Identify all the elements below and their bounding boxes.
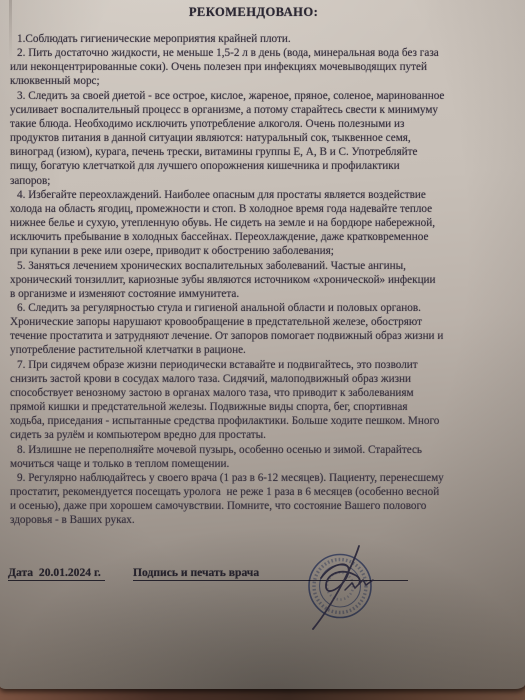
text-line: 9. Регулярно наблюдайтесь у своего врача… [10, 471, 521, 485]
text-line: продуктов питания в данной ситуации явля… [10, 131, 521, 145]
recommendation-item: 4. Избегайте переохлаждений. Наиболее оп… [10, 188, 521, 259]
text-line: 3. Следить за своей диетой - все острое,… [10, 89, 521, 103]
text-line: течение простатита и затрудняют лечение.… [10, 329, 521, 343]
text-line: сидеть за рулём и компьютером вредно для… [10, 428, 521, 442]
text-line: 2. Пить достаточно жидкости, не меньше 1… [10, 46, 521, 60]
text-line: 6. Следить за регулярностью стула и гиги… [10, 301, 521, 315]
text-line: 5. Заняться лечением хронических воспали… [10, 259, 521, 273]
text-line: ходьба, приседания - испытанные средства… [10, 414, 521, 428]
doctor-stamp-area [300, 545, 384, 631]
text-line: хронический тонзиллит, кариозные зубы яв… [10, 273, 521, 287]
text-line: при купании в реке или озере, приводит к… [10, 244, 521, 258]
text-line: здоровья - в Ваших руках. [10, 513, 521, 527]
text-line: 4. Избегайте переохлаждений. Наиболее оп… [10, 188, 521, 202]
text-line: 7. При сидячем образе жизни периодически… [10, 358, 521, 372]
recommendation-item: 3. Следить за своей диетой - все острое,… [10, 89, 521, 188]
recommendations-list: 1.Соблюдать гигиенические мероприятия кр… [10, 32, 521, 527]
recommendation-item: 7. При сидячем образе жизни периодически… [10, 358, 521, 443]
text-line: или неконцентрированные соки). Очень пол… [10, 60, 521, 74]
handwritten-signature [300, 545, 384, 631]
paper-sheet: РЕКОМЕНДОВАНО: 1.Соблюдать гигиенические… [0, 0, 525, 689]
text-line: холода на область ягодиц, промежности и … [10, 202, 521, 216]
photo-of-document: РЕКОМЕНДОВАНО: 1.Соблюдать гигиенические… [0, 0, 525, 700]
text-line: способствует венозному застою в органах … [10, 386, 521, 400]
text-line: употребление растительной клетчатки в ра… [10, 343, 521, 357]
text-line: нижнее белье и сухую, утепленную обувь. … [10, 216, 521, 230]
text-line: усиливает воспалительный процесс в орган… [10, 103, 521, 117]
recommendation-item: 9. Регулярно наблюдайтесь у своего врача… [10, 471, 521, 528]
text-line: 1.Соблюдать гигиенические мероприятия кр… [10, 32, 521, 46]
recommendation-item: 2. Пить достаточно жидкости, не меньше 1… [10, 46, 521, 88]
recommendation-item: 8. Излишне не переполняйте мочевой пузыр… [10, 443, 521, 471]
text-line: мочиться чаще и только в теплом помещени… [10, 457, 521, 471]
text-line: и осенью), даже при хорошем самочувствии… [10, 499, 521, 513]
text-line: 8. Излишне не переполняйте мочевой пузыр… [10, 443, 521, 457]
text-line: запоров; [10, 174, 521, 188]
text-line: простатит, рекомендуется посещать уролог… [10, 485, 521, 499]
text-line: клюквенный морс; [10, 74, 521, 88]
text-line: исключить пребывание в холодных бассейна… [10, 230, 521, 244]
text-line: прямой кишки и предстательной железы. По… [10, 400, 521, 414]
text-line: виноград (изюм), курага, печень трески, … [10, 145, 521, 159]
text-line: такие блюда. Необходимо исключить употре… [10, 117, 521, 131]
recommendation-item: 1.Соблюдать гигиенические мероприятия кр… [10, 32, 521, 46]
document-title: РЕКОМЕНДОВАНО: [0, 5, 507, 20]
recommendation-item: 6. Следить за регулярностью стула и гиги… [10, 301, 521, 358]
date-field: Дата 20.01.2024 г. [8, 566, 105, 581]
text-line: в организме и изменяют состояние иммунит… [10, 287, 521, 301]
recommendation-item: 5. Заняться лечением хронических воспали… [10, 259, 521, 301]
text-line: снизить застой крови в сосудах малого та… [10, 372, 521, 386]
text-line: Хронические запоры нарушают кровообращен… [10, 315, 521, 329]
text-line: пищу, богатую клетчаткой для лучшего опо… [10, 159, 521, 173]
signature-line-label: Подпись и печать врача [133, 566, 259, 579]
